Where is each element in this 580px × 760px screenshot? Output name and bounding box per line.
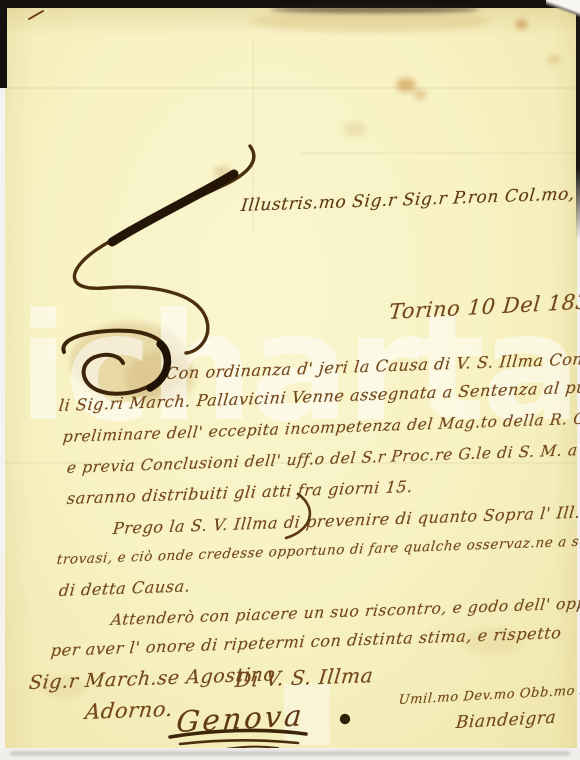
stain <box>214 166 232 178</box>
scan-border-top-shadow <box>270 6 480 13</box>
fold-crease <box>5 87 577 89</box>
closing-di-vs: Di V. S. Illma <box>234 663 375 692</box>
scan-border-left <box>0 0 7 88</box>
addressee-surname: Adorno. <box>84 697 174 724</box>
fold-crease <box>300 152 577 154</box>
addressee-city: Genova <box>175 698 306 739</box>
stain <box>548 55 560 64</box>
stain <box>414 90 426 99</box>
letter-scan: icharta Illustris.mo Sig.r Sig.r P.ron C… <box>0 0 580 760</box>
stain <box>344 122 366 136</box>
scan-border-right <box>576 0 580 240</box>
stain <box>516 20 527 29</box>
scan-edge-left <box>0 88 5 748</box>
scan-edge-bottom-shadow <box>10 752 570 755</box>
stain <box>250 10 490 32</box>
stain <box>396 78 416 92</box>
scan-corner-top-right <box>546 0 580 20</box>
